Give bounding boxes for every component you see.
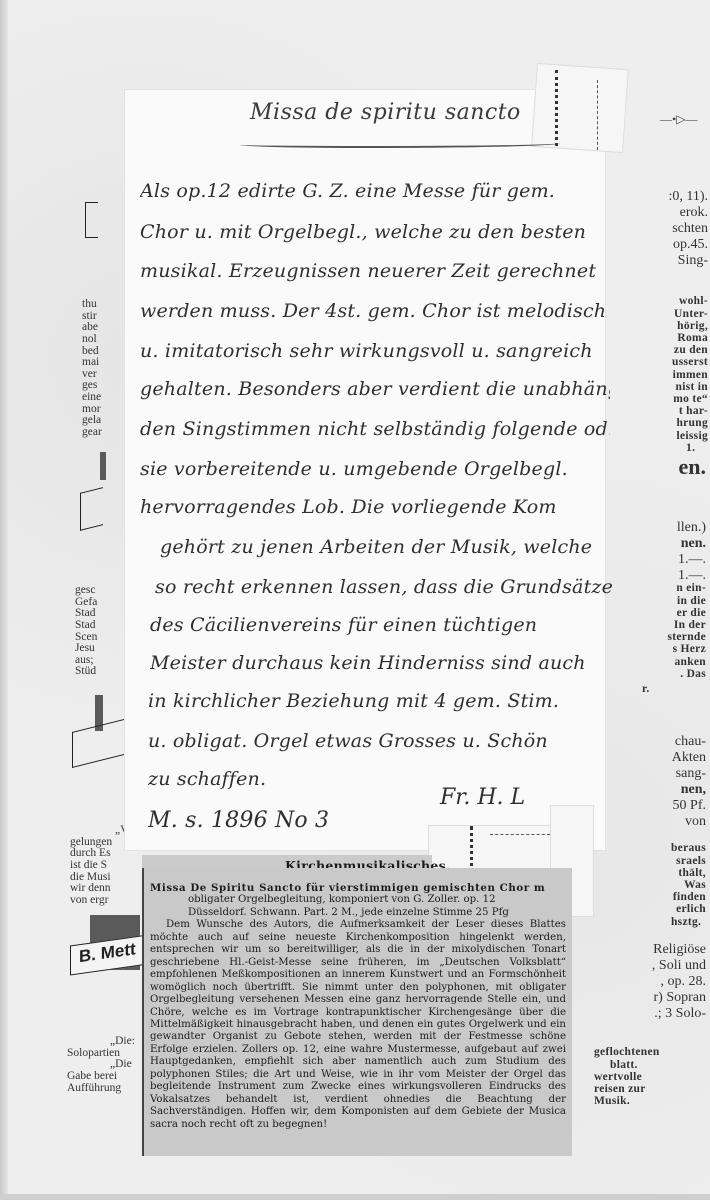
note-title: Missa de spiritu sancto: [250, 100, 521, 125]
right-fragment-9: geflochtenenblatt.wertvollereisen zurMus…: [594, 1022, 660, 1120]
clipping-entry-line: Düsseldorf. Schwann. Part. 2 M., jede ei…: [150, 907, 566, 919]
arrow-mark-icon: —•▷—: [660, 112, 698, 127]
perforation-line: [597, 80, 598, 150]
perforation-line: [490, 834, 550, 835]
left-fragment-1: thustirabenolbedmaivergeseinemorgelagear: [82, 276, 102, 450]
right-fragment-2: wohl-Unter-hörig,Romazu denusserstimmenn…: [672, 271, 708, 466]
note-line: sie vorbereitende u. umgebende Orgelbegl…: [140, 458, 610, 480]
right-fragment-4: n ein-in dieer dieIn dersterndes Herzank…: [667, 558, 706, 692]
note-line: den Singstimmen nicht selbständig folgen…: [140, 418, 610, 440]
newspaper-clipping: Missa De Spiritu Sancto für vierstimmige…: [142, 868, 572, 1156]
clipping-entry-line: obligater Orgelbegleitung, komponiert vo…: [150, 894, 566, 906]
note-line: musikal. Erzeugnissen neuerer Zeit gerec…: [140, 260, 610, 282]
note-line: Als op.12 edirte G. Z. eine Messe für ge…: [140, 180, 610, 202]
page-edge: [0, 0, 8, 1200]
bracket-decoration: [85, 202, 98, 238]
left-fragment-3: „Vgelungendurch Esist die Sdie Musiwir d…: [70, 802, 128, 918]
note-line: gehalten. Besonders aber verdient die un…: [140, 378, 610, 400]
note-line: Meister durchaus kein Hinderniss sind au…: [150, 652, 620, 674]
clipping-body: Dem Wunsche des Autors, die Aufmerksamke…: [150, 919, 566, 1131]
note-line: in kirchlicher Beziehung mit 4 gem. Stim…: [148, 690, 618, 712]
note-line: hervorragendes Lob. Die vorliegende Kom: [140, 496, 610, 518]
bracket-decoration: [80, 487, 103, 531]
note-line: gehört zu jenen Arbeiten der Musik, welc…: [160, 536, 630, 558]
note-line: zu schaffen.: [148, 768, 618, 790]
note-line: so recht erkennen lassen, dass die Grund…: [155, 576, 625, 598]
note-line: werden muss. Der 4st. gem. Chor ist melo…: [140, 300, 610, 322]
clipping-text: Missa De Spiritu Sancto für vierstimmige…: [150, 882, 566, 1131]
banner-shadow: [100, 452, 106, 480]
note-line: u. obligat. Orgel etwas Grosses u. Schön: [148, 730, 618, 752]
perforation-icon: [555, 70, 558, 146]
note-signature: Fr. H. L: [440, 785, 525, 810]
note-line: des Cäcilienvereins für einen tüchtigen: [150, 614, 620, 636]
left-fragment-4: „Die:Solopartien„DieGabe bereiAufführung: [67, 1013, 135, 1106]
note-line: u. imitatorisch sehr wirkungsvoll u. san…: [140, 340, 610, 362]
right-fragment-5: r.: [642, 683, 650, 695]
right-fragment-1: :0, 11).erok.schtenop.45.Sing-: [668, 157, 708, 285]
note-line: Chor u. mit Orgelbegl., welche zu den be…: [140, 221, 610, 243]
clipping-entry-line: Missa De Spiritu Sancto für vierstimmige…: [150, 882, 566, 894]
left-fragment-2: gescGefaStadStadScenJesuaus;Stüd: [75, 562, 97, 690]
right-headline-fragment: en.: [679, 455, 707, 479]
right-fragment-8: Religiöse, Soli und, op. 28.r) Sopran.; …: [652, 910, 706, 1038]
page-bottom-edge: [0, 1194, 710, 1200]
